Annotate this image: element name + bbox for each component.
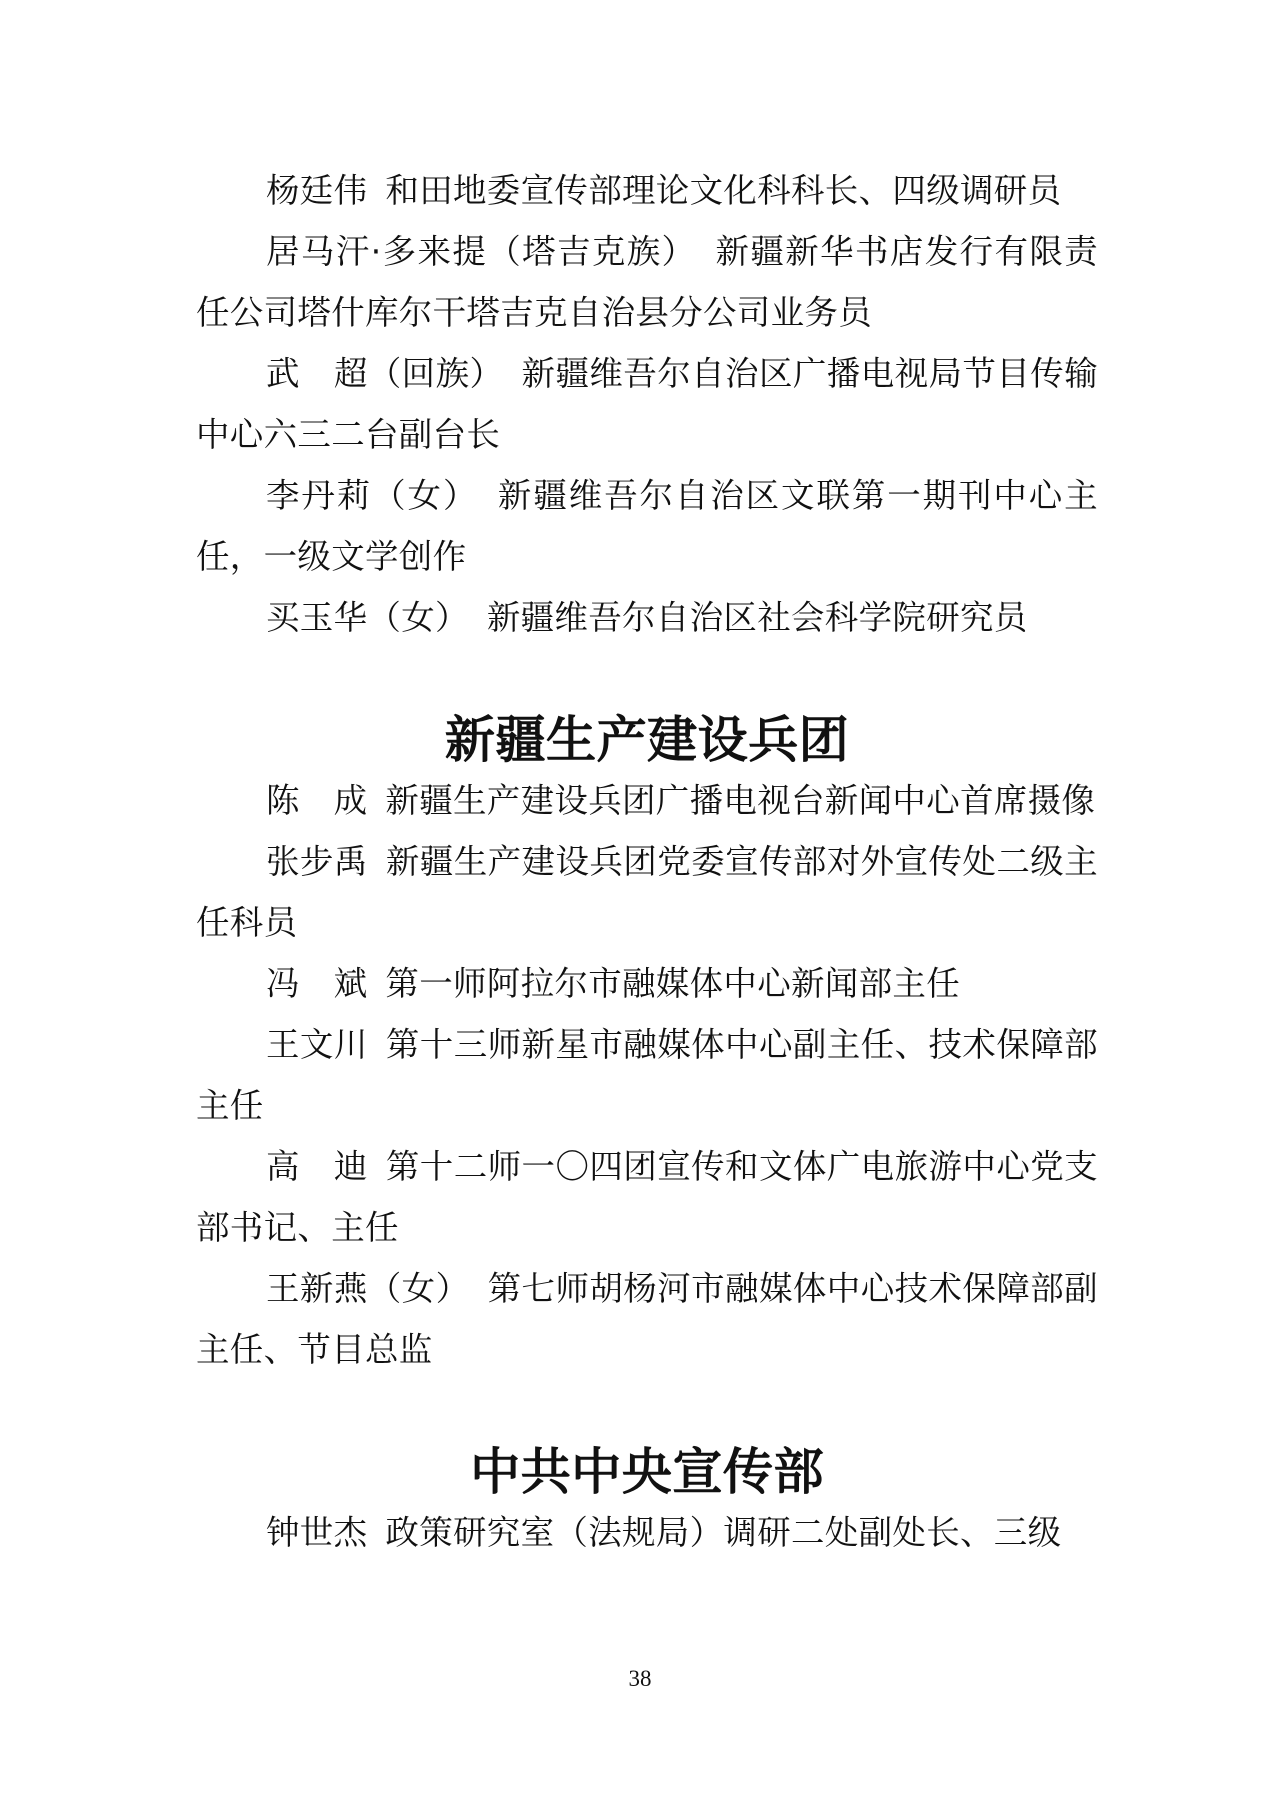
list-entry: 武 超（回族）新疆维吾尔自治区广播电视局节目传输中心六三二台副台长	[196, 343, 1098, 465]
list-entry: 陈 成新疆生产建设兵团广播电视台新闻中心首席摄像	[196, 770, 1098, 831]
entry-name: 钟世杰	[266, 1513, 367, 1552]
entry-name: 武 超（回族）	[266, 354, 503, 393]
entry-name: 张步禹	[266, 842, 368, 881]
list-entry: 李丹莉（女）新疆维吾尔自治区文联第一期刊中心主任，一级文学创作	[196, 465, 1098, 587]
list-entry: 王新燕（女）第七师胡杨河市融媒体中心技术保障部副主任、节目总监	[196, 1258, 1098, 1380]
entry-description: 和田地委宣传部理论文化科科长、四级调研员	[385, 171, 1061, 210]
section-heading: 中共中央宣传部	[196, 1380, 1098, 1502]
document-page: 杨廷伟和田地委宣传部理论文化科科长、四级调研员 居马汗·多来提（塔吉克族）新疆新…	[0, 0, 1280, 1809]
entry-description: 第一师阿拉尔市融媒体中心新闻部主任	[385, 964, 960, 1003]
entry-description: 新疆维吾尔自治区社会科学院研究员	[487, 598, 1028, 637]
entry-name: 居马汗·多来提（塔吉克族）	[266, 232, 696, 271]
list-entry: 冯 斌第一师阿拉尔市融媒体中心新闻部主任	[196, 953, 1098, 1014]
list-entry: 钟世杰政策研究室（法规局）调研二处副处长、三级	[196, 1502, 1098, 1563]
entry-name: 王新燕（女）	[266, 1269, 470, 1308]
page-number: 38	[0, 1666, 1280, 1692]
entry-description: 政策研究室（法规局）调研二处副处长、三级	[385, 1513, 1061, 1552]
list-entry: 居马汗·多来提（塔吉克族）新疆新华书店发行有限责任公司塔什库尔干塔吉克自治县分公…	[196, 221, 1098, 343]
entry-name: 陈 成	[266, 781, 367, 820]
entry-name: 冯 斌	[266, 964, 367, 1003]
list-entry: 张步禹新疆生产建设兵团党委宣传部对外宣传处二级主任科员	[196, 831, 1098, 953]
document-body: 杨廷伟和田地委宣传部理论文化科科长、四级调研员 居马汗·多来提（塔吉克族）新疆新…	[196, 160, 1098, 1563]
list-entry: 王文川第十三师新星市融媒体中心副主任、技术保障部主任	[196, 1014, 1098, 1136]
entry-name: 王文川	[266, 1025, 368, 1064]
entry-name: 高 迪	[266, 1147, 368, 1186]
entry-name: 买玉华（女）	[266, 598, 469, 637]
entry-description: 新疆生产建设兵团广播电视台新闻中心首席摄像	[385, 781, 1095, 820]
list-entry: 买玉华（女）新疆维吾尔自治区社会科学院研究员	[196, 587, 1098, 648]
list-entry: 高 迪第十二师一〇四团宣传和文体广电旅游中心党支部书记、主任	[196, 1136, 1098, 1258]
entry-name: 李丹莉（女）	[266, 476, 478, 515]
entry-name: 杨廷伟	[266, 171, 367, 210]
section-heading: 新疆生产建设兵团	[196, 648, 1098, 770]
list-entry: 杨廷伟和田地委宣传部理论文化科科长、四级调研员	[196, 160, 1098, 221]
